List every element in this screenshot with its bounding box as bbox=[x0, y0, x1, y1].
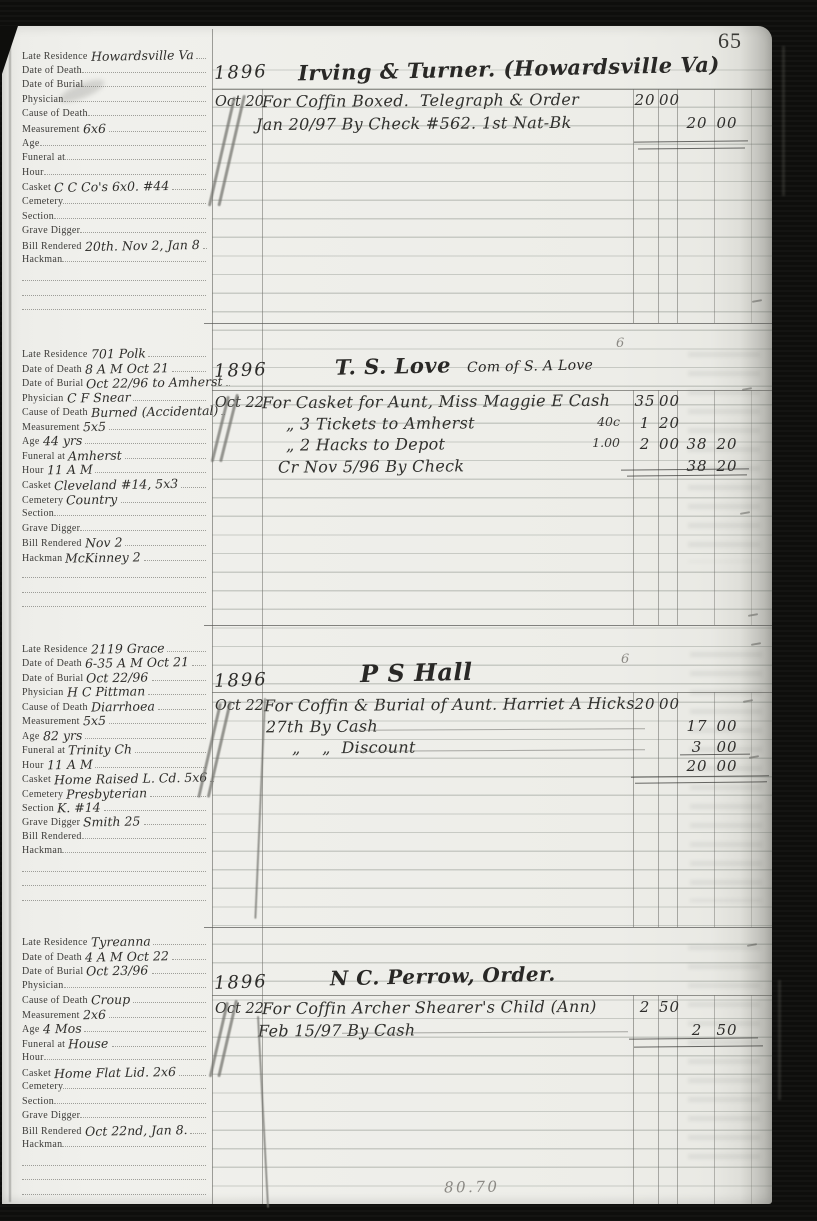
field-row: PhysicianC F Snear bbox=[22, 389, 206, 404]
field-row: SectionK. #14 bbox=[22, 799, 206, 814]
field-row: Grave Digger bbox=[22, 520, 206, 535]
field-row: Physician bbox=[22, 91, 206, 106]
field-row: Late ResidenceHowardsville Va bbox=[22, 47, 206, 62]
field-row: Age44 yrs bbox=[22, 432, 206, 447]
field-label: Date of Death bbox=[22, 65, 82, 77]
entry-amount: 00 bbox=[659, 435, 678, 453]
field-label: Hackman bbox=[22, 845, 62, 857]
field-row: Funeral at bbox=[22, 149, 206, 164]
field-label: Section bbox=[22, 211, 54, 223]
field-leader-dots bbox=[84, 1021, 206, 1032]
field-label: Bill Rendered bbox=[22, 831, 82, 843]
pencil-notation: 6 bbox=[616, 336, 624, 351]
entry-row: Jan 20/97 By Check #562. 1st Nat-Bk2000 bbox=[212, 114, 772, 136]
field-row bbox=[22, 596, 206, 611]
field-row: Measurement5x5 bbox=[22, 712, 206, 727]
field-leader-dots bbox=[133, 992, 206, 1003]
field-leader-dots bbox=[22, 299, 206, 310]
field-leader-dots bbox=[80, 1107, 206, 1118]
entry-amount: 20 bbox=[714, 457, 740, 475]
field-leader-dots bbox=[83, 76, 206, 87]
field-row: Late ResidenceTyreanna bbox=[22, 933, 206, 948]
field-row: Grave Digger bbox=[22, 1107, 206, 1122]
field-leader-dots bbox=[82, 828, 206, 839]
book-page-edge bbox=[782, 46, 785, 196]
field-leader-dots bbox=[44, 164, 206, 175]
entry-header-line bbox=[212, 995, 772, 996]
field-leader-dots bbox=[133, 390, 206, 401]
field-label: Grave Digger bbox=[22, 1110, 80, 1122]
field-label: Section bbox=[22, 508, 54, 520]
field-row: Funeral atAmherst bbox=[22, 447, 206, 462]
entry-amount: 00 bbox=[714, 114, 740, 132]
field-row: Cemetery bbox=[22, 1078, 206, 1093]
field-leader-dots bbox=[40, 135, 206, 146]
field-row: Funeral atHouse bbox=[22, 1035, 206, 1050]
field-label: Hour bbox=[22, 167, 44, 179]
field-row: Age4 Mos bbox=[22, 1020, 206, 1035]
entry-year: 1896 bbox=[214, 669, 269, 692]
field-leader-dots bbox=[22, 875, 206, 886]
field-row: CasketHome Raised L. Cd. 5x6 bbox=[22, 770, 206, 785]
field-leader-dots bbox=[54, 505, 206, 516]
field-row: Date of Death6-35 A M Oct 21 bbox=[22, 654, 206, 669]
field-leader-dots bbox=[63, 193, 206, 204]
field-leader-dots bbox=[196, 48, 206, 59]
scanned-ledger-page: 65 Late ResidenceHowardsville VaDate of … bbox=[0, 0, 817, 1221]
field-leader-dots bbox=[54, 1093, 206, 1104]
entry-amount: 20 bbox=[714, 435, 740, 453]
entry-amount: 00 bbox=[714, 757, 740, 775]
field-row: Cause of DeathDiarrhoea bbox=[22, 698, 206, 713]
field-leader-dots bbox=[64, 91, 206, 102]
field-row: HackmanMcKinney 2 bbox=[22, 549, 206, 564]
field-row bbox=[22, 285, 206, 300]
field-leader-dots bbox=[172, 361, 206, 372]
field-leader-dots bbox=[109, 1007, 206, 1018]
field-row bbox=[22, 567, 206, 582]
field-leader-dots bbox=[22, 285, 206, 296]
field-leader-dots bbox=[112, 1036, 206, 1047]
field-row bbox=[22, 299, 206, 314]
field-row: Bill RenderedNov 2 bbox=[22, 534, 206, 549]
field-row bbox=[22, 861, 206, 876]
entry-amount: 2 bbox=[633, 435, 657, 453]
field-row bbox=[22, 1155, 206, 1170]
field-row: Grave Digger bbox=[22, 222, 206, 237]
field-leader-dots bbox=[62, 251, 206, 262]
entry-amount: 2 bbox=[682, 1021, 712, 1039]
entry-amount: 20 bbox=[633, 91, 657, 109]
entry-row: Oct 22For Coffin & Burial of Aunt. Harri… bbox=[212, 695, 772, 717]
field-leader-dots bbox=[172, 949, 206, 960]
entry-description: „ 2 Hacks to Depot bbox=[286, 434, 445, 454]
field-leader-dots bbox=[22, 596, 206, 607]
field-leader-dots bbox=[144, 550, 206, 561]
entry-year: 1896 bbox=[214, 359, 269, 382]
field-leader-dots bbox=[85, 728, 206, 739]
field-leader-dots bbox=[44, 1049, 206, 1060]
entry-date: Oct 22 bbox=[215, 698, 264, 714]
field-leader-dots bbox=[65, 149, 206, 160]
field-row: Date of Burial bbox=[22, 76, 206, 91]
field-leader-dots bbox=[181, 477, 206, 488]
section-divider-line bbox=[204, 927, 772, 928]
field-row bbox=[22, 582, 206, 597]
entry-row: 27th By Cash1700 bbox=[212, 717, 772, 739]
entry-amount: 50 bbox=[659, 998, 678, 1016]
field-label: Section bbox=[22, 1096, 54, 1108]
entry-header-line bbox=[212, 692, 772, 693]
field-row: Date of BurialOct 22/96 bbox=[22, 669, 206, 684]
field-label: Date of Burial bbox=[22, 79, 83, 91]
field-row: Date of Death8 A M Oct 21 bbox=[22, 360, 206, 375]
field-row: Cause of Death bbox=[22, 105, 206, 120]
entry-amount: 50 bbox=[714, 1021, 740, 1039]
field-row: Age bbox=[22, 135, 206, 150]
field-row bbox=[22, 270, 206, 285]
section-divider-line bbox=[204, 323, 772, 324]
entry-amount: 20 bbox=[633, 695, 657, 713]
entry-unit-price: 1.00 bbox=[532, 435, 620, 450]
field-leader-dots bbox=[167, 641, 206, 652]
entry-amount: 2 bbox=[633, 998, 657, 1016]
entry-name-note: Com of S. A Love bbox=[467, 357, 594, 376]
field-row bbox=[22, 875, 206, 890]
entry-row: Oct 22For Coffin Archer Shearer's Child … bbox=[212, 998, 772, 1020]
field-row: Hour bbox=[22, 164, 206, 179]
field-row: Grave DiggerSmith 25 bbox=[22, 813, 206, 828]
book-page-edge bbox=[778, 980, 781, 1100]
field-row: Age82 yrs bbox=[22, 727, 206, 742]
field-row: Cause of DeathCroup bbox=[22, 991, 206, 1006]
field-label: Cemetery bbox=[22, 196, 63, 208]
field-leader-dots bbox=[63, 1078, 206, 1089]
entry-amount: 00 bbox=[659, 91, 678, 109]
entry-row: „ 3 Tickets to Amherst40c120 bbox=[212, 414, 772, 436]
entry-year: 1896 bbox=[214, 61, 269, 84]
entry-description: For Coffin Archer Shearer's Child (Ann) bbox=[262, 997, 597, 1018]
field-label: Hackman bbox=[22, 254, 62, 266]
field-leader-dots bbox=[64, 977, 206, 988]
field-leader-dots bbox=[85, 433, 206, 444]
entry-description: Feb 15/97 By Cash bbox=[258, 1020, 416, 1040]
field-row: Measurement5x5 bbox=[22, 418, 206, 433]
field-row: CemeteryPresbyterian bbox=[22, 785, 206, 800]
field-leader-dots bbox=[144, 814, 206, 825]
entry-amount: 20 bbox=[682, 757, 712, 775]
field-value: McKinney 2 bbox=[65, 549, 141, 565]
field-leader-dots bbox=[153, 934, 206, 945]
entry-description: For Coffin & Burial of Aunt. Harriet A H… bbox=[264, 694, 635, 716]
field-row: Late Residence701 Polk bbox=[22, 345, 206, 360]
field-leader-dots bbox=[158, 699, 206, 710]
entry-description: Cr Nov 5/96 By Check bbox=[278, 456, 464, 476]
field-leader-dots bbox=[62, 842, 206, 853]
entry-amount: 20 bbox=[682, 114, 712, 132]
field-row bbox=[22, 890, 206, 905]
field-row: Date of BurialOct 22/96 to Amherst bbox=[22, 374, 206, 389]
field-leader-dots bbox=[121, 492, 206, 503]
field-leader-dots bbox=[190, 1123, 206, 1134]
field-row: Hour11 A M bbox=[22, 461, 206, 476]
field-row: Section bbox=[22, 1093, 206, 1108]
field-leader-dots bbox=[88, 105, 206, 116]
field-row bbox=[22, 1184, 206, 1199]
field-leader-dots bbox=[95, 462, 206, 473]
field-label: Hackman bbox=[22, 1139, 62, 1151]
field-leader-dots bbox=[172, 179, 206, 190]
field-row: CemeteryCountry bbox=[22, 491, 206, 506]
field-label: Hour bbox=[22, 1052, 44, 1064]
entry-amount: 35 bbox=[633, 392, 657, 410]
field-leader-dots bbox=[192, 655, 206, 666]
field-leader-dots bbox=[22, 1155, 206, 1166]
field-leader-dots bbox=[80, 222, 206, 233]
entry-amount: 20 bbox=[659, 414, 678, 432]
entry-unit-price: 40c bbox=[532, 414, 620, 429]
field-label: Age bbox=[22, 138, 40, 150]
field-label: Funeral at bbox=[22, 152, 65, 164]
field-row: Measurement2x6 bbox=[22, 1006, 206, 1021]
field-leader-dots bbox=[179, 1065, 206, 1076]
field-leader-dots bbox=[80, 520, 206, 531]
field-row: CasketCleveland #14, 5x3 bbox=[22, 476, 206, 491]
field-row: Bill RenderedOct 22nd, Jan 8. bbox=[22, 1122, 206, 1137]
field-leader-dots bbox=[125, 535, 206, 546]
field-row: Date of BurialOct 23/96 bbox=[22, 962, 206, 977]
entry-amount: 1 bbox=[633, 414, 657, 432]
entry-amount: 00 bbox=[659, 695, 678, 713]
field-row: CasketHome Flat Lid. 2x6 bbox=[22, 1064, 206, 1079]
field-leader-dots bbox=[95, 757, 206, 768]
field-label: Cemetery bbox=[22, 1081, 63, 1093]
field-leader-dots bbox=[152, 670, 206, 681]
field-row: Date of Death4 A M Oct 22 bbox=[22, 948, 206, 963]
field-leader-dots bbox=[22, 1184, 206, 1195]
field-row: Funeral atTrinity Ch bbox=[22, 741, 206, 756]
field-row: Hackman bbox=[22, 251, 206, 266]
entry-description: For Casket for Aunt, Miss Maggie E Cash bbox=[262, 391, 610, 412]
field-row: Hour bbox=[22, 1049, 206, 1064]
field-row: Section bbox=[22, 505, 206, 520]
field-leader-dots bbox=[109, 713, 206, 724]
field-row: Section bbox=[22, 208, 206, 223]
entry-name: P S Hall bbox=[360, 657, 473, 688]
field-leader-dots bbox=[22, 567, 206, 578]
field-label: Cause of Death bbox=[22, 108, 88, 120]
field-leader-dots bbox=[22, 582, 206, 593]
entry-description: „ 3 Tickets to Amherst bbox=[286, 413, 475, 433]
field-row bbox=[22, 1169, 206, 1184]
field-row: PhysicianH C Pittman bbox=[22, 683, 206, 698]
field-row: Physician bbox=[22, 977, 206, 992]
entry-description: „ „ Discount bbox=[292, 738, 416, 758]
field-row: Measurement6x6 bbox=[22, 120, 206, 135]
field-label: Grave Digger bbox=[22, 225, 80, 237]
field-leader-dots bbox=[62, 1136, 206, 1147]
entry-amount: 17 bbox=[682, 717, 712, 735]
field-row: Hour11 A M bbox=[22, 756, 206, 771]
field-label: Physician bbox=[22, 980, 64, 992]
field-leader-dots bbox=[125, 448, 206, 459]
entry-row: Oct 22For Casket for Aunt, Miss Maggie E… bbox=[212, 392, 772, 414]
field-row: Cemetery bbox=[22, 193, 206, 208]
pencil-notation: 6 bbox=[621, 652, 629, 667]
field-row: Bill Rendered bbox=[22, 828, 206, 843]
entry-date: Oct 22 bbox=[215, 395, 264, 411]
field-row: Hackman bbox=[22, 1136, 206, 1151]
entry-description: 27th By Cash bbox=[266, 717, 378, 737]
field-leader-dots bbox=[82, 62, 206, 73]
field-row: CasketC C Co's 6x0. #44 bbox=[22, 178, 206, 193]
field-row: Cause of DeathBurned (Accidental) bbox=[22, 403, 206, 418]
entry-row: „ 2 Hacks to Depot1.002003820 bbox=[212, 435, 772, 457]
field-row: Hackman bbox=[22, 842, 206, 857]
field-leader-dots bbox=[152, 963, 206, 974]
field-row: Bill Rendered20th. Nov 2, Jan 8 bbox=[22, 237, 206, 252]
field-leader-dots bbox=[148, 684, 206, 695]
field-row: Date of Death bbox=[22, 62, 206, 77]
entry-row: Oct 20For Coffin Boxed. Telegraph & Orde… bbox=[212, 91, 772, 113]
entry-amount: 00 bbox=[659, 392, 678, 410]
field-label: Physician bbox=[22, 94, 64, 106]
entry-amount: 00 bbox=[714, 717, 740, 735]
field-leader-dots bbox=[109, 419, 206, 430]
page-number: 65 bbox=[718, 28, 742, 54]
field-leader-dots bbox=[22, 1169, 206, 1180]
field-label: Hackman bbox=[22, 553, 62, 565]
field-leader-dots bbox=[135, 742, 206, 753]
field-leader-dots bbox=[104, 800, 206, 811]
field-row: Late Residence2119 Grace bbox=[22, 640, 206, 655]
entry-year: 1896 bbox=[214, 971, 269, 994]
field-leader-dots bbox=[203, 238, 207, 249]
field-leader-dots bbox=[22, 890, 206, 901]
bottom-pencil-total: 80.70 bbox=[444, 1178, 500, 1197]
field-leader-dots bbox=[54, 208, 206, 219]
page-binding-crease bbox=[9, 30, 11, 1202]
entry-amount: 38 bbox=[682, 435, 712, 453]
field-leader-dots bbox=[109, 121, 206, 132]
entry-name: N C. Perrow, Order. bbox=[330, 962, 556, 991]
entry-description: Jan 20/97 By Check #562. 1st Nat-Bk bbox=[256, 113, 572, 134]
field-label: Grave Digger bbox=[22, 523, 80, 535]
entry-description: For Coffin Boxed. Telegraph & Order bbox=[262, 90, 579, 111]
field-leader-dots bbox=[148, 346, 206, 357]
field-leader-dots bbox=[22, 861, 206, 872]
entry-amount: 38 bbox=[682, 457, 712, 475]
field-leader-dots bbox=[22, 270, 206, 281]
section-divider-line bbox=[204, 625, 772, 626]
